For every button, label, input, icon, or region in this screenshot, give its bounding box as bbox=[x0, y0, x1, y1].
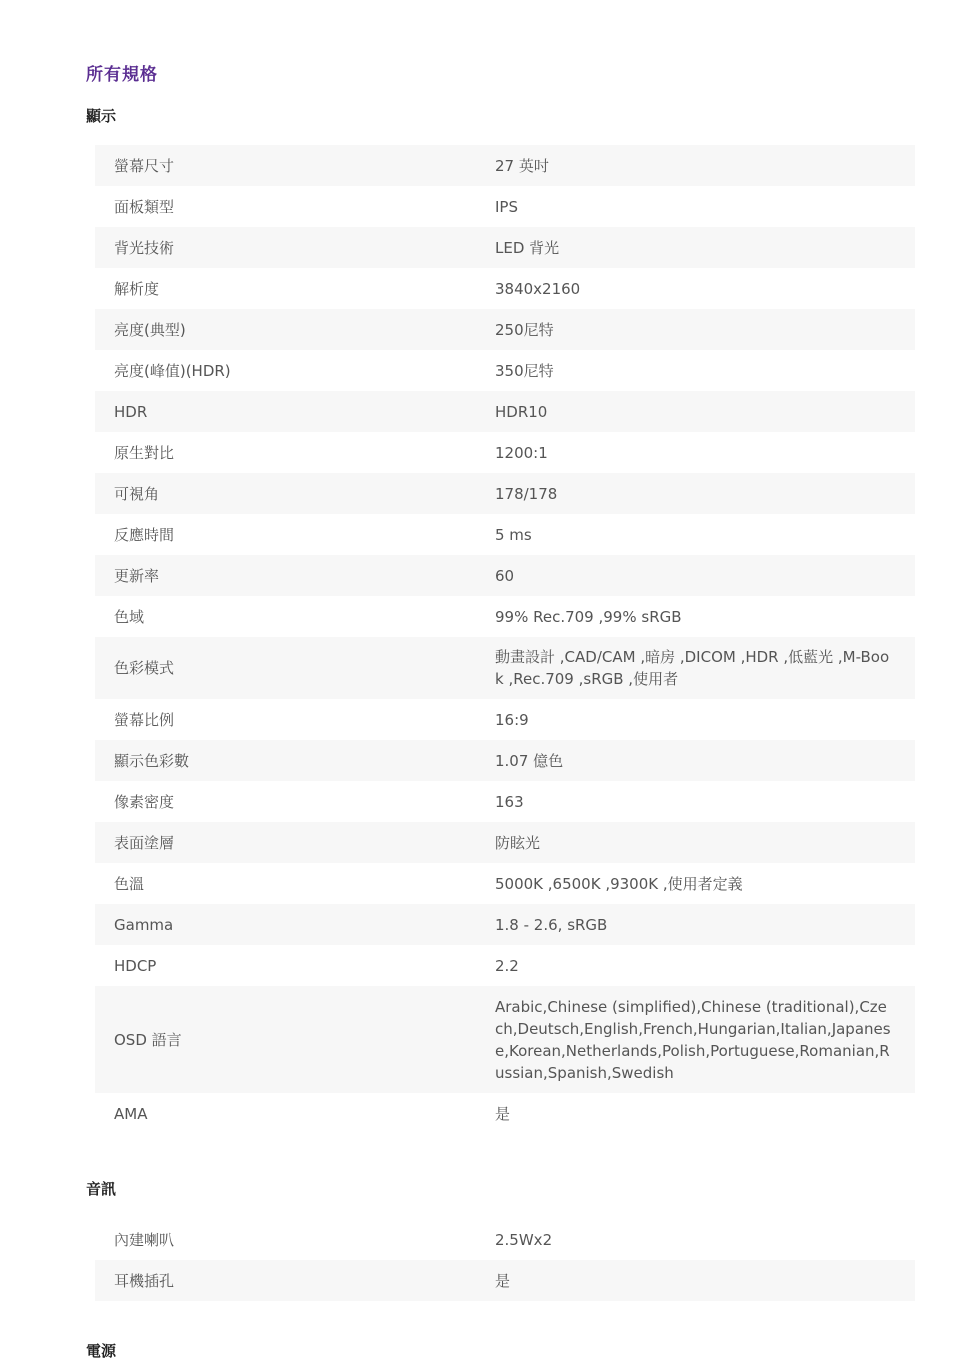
spec-value: 178/178 bbox=[495, 483, 915, 505]
spec-row: HDRHDR10 bbox=[95, 391, 915, 432]
spec-row: 背光技術LED 背光 bbox=[95, 227, 915, 268]
spec-label: 內建喇叭 bbox=[95, 1229, 495, 1251]
spec-value: IPS bbox=[495, 196, 915, 218]
section-title-power: 電源 bbox=[86, 1340, 116, 1361]
spec-value: 250尼特 bbox=[495, 319, 915, 341]
spec-label: 亮度(典型) bbox=[95, 319, 495, 341]
spec-row: 顯示色彩數1.07 億色 bbox=[95, 740, 915, 781]
spec-label: Gamma bbox=[95, 914, 495, 936]
spec-label: 像素密度 bbox=[95, 791, 495, 813]
spec-label: 更新率 bbox=[95, 565, 495, 587]
spec-label: 色溫 bbox=[95, 873, 495, 895]
spec-label: 螢幕比例 bbox=[95, 709, 495, 731]
spec-label: HDCP bbox=[95, 955, 495, 977]
audio-spec-table: 內建喇叭2.5Wx2 耳機插孔是 bbox=[95, 1219, 915, 1301]
spec-label: OSD 語言 bbox=[95, 1029, 495, 1051]
spec-row: 耳機插孔是 bbox=[95, 1260, 915, 1301]
display-spec-table: 螢幕尺寸27 英吋 面板類型IPS 背光技術LED 背光 解析度3840x216… bbox=[95, 145, 915, 1134]
spec-value: 350尼特 bbox=[495, 360, 915, 382]
spec-row: 解析度3840x2160 bbox=[95, 268, 915, 309]
spec-row: 色溫5000K ,6500K ,9300K ,使用者定義 bbox=[95, 863, 915, 904]
spec-row: 內建喇叭2.5Wx2 bbox=[95, 1219, 915, 1260]
spec-row: 反應時間5 ms bbox=[95, 514, 915, 555]
spec-value: 163 bbox=[495, 791, 915, 813]
spec-value: 16:9 bbox=[495, 709, 915, 731]
spec-row: 色域99% Rec.709 ,99% sRGB bbox=[95, 596, 915, 637]
spec-value: 60 bbox=[495, 565, 915, 587]
spec-label: 亮度(峰值)(HDR) bbox=[95, 360, 495, 382]
spec-label: 色域 bbox=[95, 606, 495, 628]
spec-row: 色彩模式動畫設計 ,CAD/CAM ,暗房 ,DICOM ,HDR ,低藍光 ,… bbox=[95, 637, 915, 699]
spec-value: 2.5Wx2 bbox=[495, 1229, 915, 1251]
spec-row: AMA是 bbox=[95, 1093, 915, 1134]
spec-row: 像素密度163 bbox=[95, 781, 915, 822]
spec-value: 是 bbox=[495, 1103, 915, 1125]
spec-value: LED 背光 bbox=[495, 237, 915, 259]
spec-value: 1.07 億色 bbox=[495, 750, 915, 772]
spec-row: 亮度(典型)250尼特 bbox=[95, 309, 915, 350]
spec-value: 是 bbox=[495, 1270, 915, 1292]
spec-label: 背光技術 bbox=[95, 237, 495, 259]
spec-row: Gamma1.8 - 2.6, sRGB bbox=[95, 904, 915, 945]
spec-row: OSD 語言Arabic,Chinese (simplified),Chines… bbox=[95, 986, 915, 1093]
spec-row: 螢幕尺寸27 英吋 bbox=[95, 145, 915, 186]
spec-row: 更新率60 bbox=[95, 555, 915, 596]
section-title-audio: 音訊 bbox=[86, 1178, 116, 1199]
spec-label: 面板類型 bbox=[95, 196, 495, 218]
spec-label: 螢幕尺寸 bbox=[95, 155, 495, 177]
spec-value: 2.2 bbox=[495, 955, 915, 977]
spec-label: 反應時間 bbox=[95, 524, 495, 546]
spec-value: 3840x2160 bbox=[495, 278, 915, 300]
spec-label: 原生對比 bbox=[95, 442, 495, 464]
spec-value: 99% Rec.709 ,99% sRGB bbox=[495, 606, 915, 628]
spec-label: 色彩模式 bbox=[95, 657, 495, 679]
spec-row: HDCP2.2 bbox=[95, 945, 915, 986]
spec-value: Arabic,Chinese (simplified),Chinese (tra… bbox=[495, 996, 915, 1084]
spec-label: 顯示色彩數 bbox=[95, 750, 495, 772]
spec-value: 動畫設計 ,CAD/CAM ,暗房 ,DICOM ,HDR ,低藍光 ,M-Bo… bbox=[495, 646, 915, 690]
spec-label: 可視角 bbox=[95, 483, 495, 505]
spec-label: HDR bbox=[95, 401, 495, 423]
spec-value: 5 ms bbox=[495, 524, 915, 546]
spec-label: 表面塗層 bbox=[95, 832, 495, 854]
page-title: 所有規格 bbox=[86, 60, 158, 85]
spec-row: 面板類型IPS bbox=[95, 186, 915, 227]
spec-label: AMA bbox=[95, 1103, 495, 1125]
spec-value: 5000K ,6500K ,9300K ,使用者定義 bbox=[495, 873, 915, 895]
spec-row: 亮度(峰值)(HDR)350尼特 bbox=[95, 350, 915, 391]
spec-value: 27 英吋 bbox=[495, 155, 915, 177]
section-title-display: 顯示 bbox=[86, 105, 116, 126]
spec-value: 1.8 - 2.6, sRGB bbox=[495, 914, 915, 936]
spec-row: 原生對比1200:1 bbox=[95, 432, 915, 473]
spec-row: 螢幕比例16:9 bbox=[95, 699, 915, 740]
spec-label: 解析度 bbox=[95, 278, 495, 300]
spec-row: 可視角178/178 bbox=[95, 473, 915, 514]
spec-label: 耳機插孔 bbox=[95, 1270, 495, 1292]
spec-row: 表面塗層防眩光 bbox=[95, 822, 915, 863]
spec-value: HDR10 bbox=[495, 401, 915, 423]
spec-value: 1200:1 bbox=[495, 442, 915, 464]
spec-value: 防眩光 bbox=[495, 832, 915, 854]
